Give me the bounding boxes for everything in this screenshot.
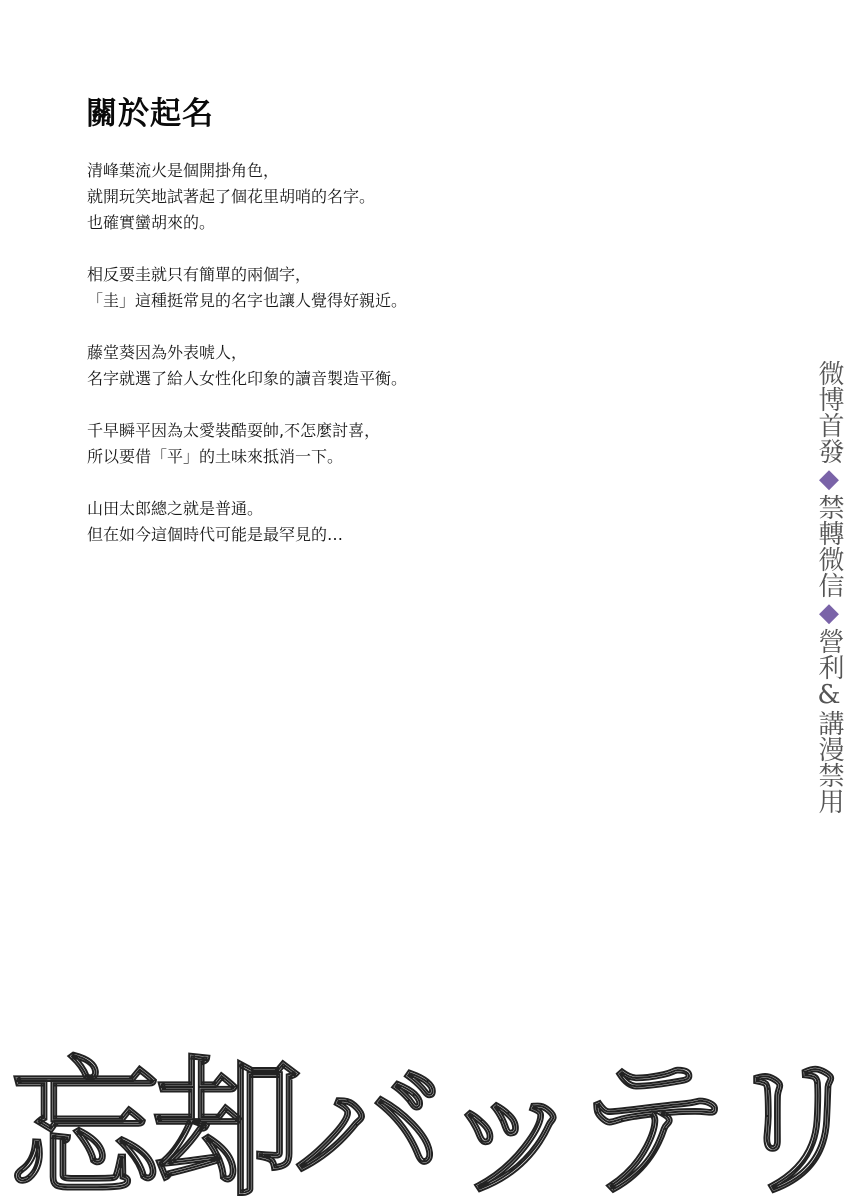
text-line: 所以要借「平」的土味來抵消一下。 <box>87 444 507 470</box>
text-line: 清峰葉流火是個開掛角色， <box>87 158 507 184</box>
text-line: 「圭」這種挺常見的名字也讓人覺得好親近。 <box>87 288 507 314</box>
text-line: 名字就選了給人女性化印象的讀音製造平衡。 <box>87 366 507 392</box>
text-line: 也確實蠻胡來的。 <box>87 210 507 236</box>
text-line: 山田太郎總之就是普通。 <box>87 496 507 522</box>
paragraph: 藤堂葵因為外表唬人， 名字就選了給人女性化印象的讀音製造平衡。 <box>87 340 507 392</box>
text-line: 藤堂葵因為外表唬人， <box>87 340 507 366</box>
side-notice: 微博首發◆禁轉微信◆營利&講漫禁用 <box>814 360 844 814</box>
notice-part: 禁轉微信 <box>814 494 844 598</box>
text-line: 千早瞬平因為太愛裝酷耍帥,不怎麼討喜， <box>87 418 507 444</box>
notice-part: 微博首發 <box>814 360 844 464</box>
paragraph: 相反要圭就只有簡單的兩個字， 「圭」這種挺常見的名字也讓人覺得好親近。 <box>87 262 507 314</box>
diamond-icon: ◆ <box>814 598 844 628</box>
paragraph: 清峰葉流火是個開掛角色， 就開玩笑地試著起了個花里胡哨的名字。 也確實蠻胡來的。 <box>87 158 507 236</box>
text-line: 就開玩笑地試著起了個花里胡哨的名字。 <box>87 184 507 210</box>
text-line: 相反要圭就只有簡單的兩個字， <box>87 262 507 288</box>
body-text: 清峰葉流火是個開掛角色， 就開玩笑地試著起了個花里胡哨的名字。 也確實蠻胡來的。… <box>87 158 507 574</box>
series-logo: 忘却バッテリー <box>0 1060 844 1200</box>
paragraph: 千早瞬平因為太愛裝酷耍帥,不怎麼討喜， 所以要借「平」的土味來抵消一下。 <box>87 418 507 470</box>
page-title: 關於起名 <box>86 88 214 133</box>
notice-part: 營利&講漫禁用 <box>814 628 844 814</box>
text-line: 但在如今這個時代可能是最罕見的… <box>87 522 507 548</box>
paragraph: 山田太郎總之就是普通。 但在如今這個時代可能是最罕見的… <box>87 496 507 548</box>
diamond-icon: ◆ <box>814 464 844 494</box>
